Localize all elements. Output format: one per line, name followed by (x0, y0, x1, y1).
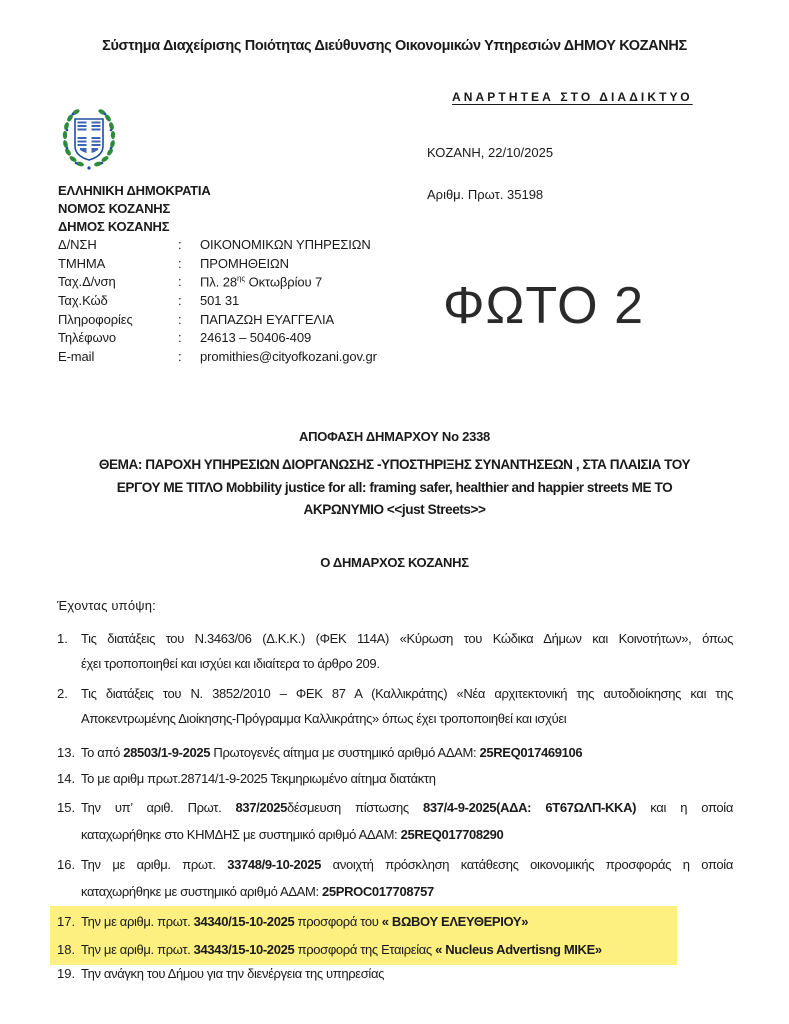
system-title: Σύστημα Διαχείρισης Ποιότητας Διεύθυνσης… (0, 38, 789, 54)
photo-label: ΦΩΤΟ 2 (443, 276, 644, 336)
info-colon: : (178, 237, 182, 252)
list-item-text: Την με αριθμ. πρωτ. 34340/15-10-2025 προ… (81, 914, 528, 929)
list-item-text: καταχωρήθηκε με συστημικό αριθμό ΑΔΑΜ: 2… (81, 884, 434, 899)
list-item-text: Τις διατάξεις του Ν.3463/06 (Δ.Κ.Κ.) (ΦΕ… (81, 631, 733, 646)
info-value: Πλ. 28ης Οκτωβρίου 7 (200, 274, 322, 289)
list-item-text: καταχωρήθηκε στο ΚΗΜΔΗΣ με συστημικό αρι… (81, 827, 503, 842)
list-item-text: Την υπ’ αριθ. Πρωτ. 837/2025δέσμευση πίσ… (81, 800, 733, 815)
info-label: Δ/ΝΣΗ (58, 237, 97, 252)
info-label: Τηλέφωνο (58, 330, 116, 345)
list-item-number: 13. (57, 745, 75, 760)
list-item-text: Την με αριθμ. πρωτ. 33748/9-10-2025 ανοι… (81, 857, 733, 872)
info-label: Ταχ.Δ/νση (58, 274, 116, 289)
info-colon: : (178, 330, 182, 345)
info-value: 24613 – 50406-409 (200, 330, 311, 345)
info-colon: : (178, 349, 182, 364)
considering-intro: Έχοντας υπόψη: (57, 598, 156, 613)
info-label: Ταχ.Κώδ (58, 293, 108, 308)
list-item-number: 18. (57, 942, 75, 957)
protocol-number: Αριθμ. Πρωτ. 35198 (427, 187, 543, 202)
list-item-text: Το με αριθμ πρωτ.28714/1-9-2025 Τεκμηριω… (81, 771, 436, 786)
info-colon: : (178, 312, 182, 327)
issuer-country: ΕΛΛΗΝΙΚΗ ΔΗΜΟΚΡΑΤΙΑ (58, 183, 211, 198)
list-item-number: 19. (57, 966, 75, 981)
list-item-number: 15. (57, 800, 75, 815)
mayor-heading: Ο ΔΗΜΑΡΧΟΣ ΚΟΖΑΝΗΣ (0, 555, 789, 570)
list-item-number: 16. (57, 857, 75, 872)
subject-line: ΑΚΡΩΝΥΜΙΟ <<just Streets>> (0, 502, 789, 517)
issuer-municipality: ΔΗΜΟΣ ΚΟΖΑΝΗΣ (58, 219, 169, 234)
list-item-text: Τις διατάξεις του Ν. 3852/2010 – ΦΕΚ 87 … (81, 686, 733, 701)
subject-line: ΘΕΜΑ: ΠΑΡΟΧΗ ΥΠΗΡΕΣΙΩΝ ΔΙΟΡΓΑΝΩΣΗΣ -ΥΠΟΣ… (0, 457, 789, 472)
list-item-number: 17. (57, 914, 75, 929)
info-label: ΤΜΗΜΑ (58, 256, 105, 271)
info-label: E-mail (58, 349, 94, 364)
list-item-text: Την με αριθμ. πρωτ. 34343/15-10-2025 προ… (81, 942, 602, 957)
info-colon: : (178, 293, 182, 308)
list-item-number: 2. (57, 686, 68, 701)
info-colon: : (178, 274, 182, 289)
list-item-number: 14. (57, 771, 75, 786)
list-item-number: 1. (57, 631, 68, 646)
info-colon: : (178, 256, 182, 271)
decision-title: ΑΠΟΦΑΣΗ ΔΗΜΑΡΧΟΥ Νο 2338 (0, 429, 789, 444)
info-value[interactable]: promithies@cityofkozani.gov.gr (200, 349, 377, 364)
list-item-text: έχει τροποποιηθεί και ισχύει και ιδιαίτε… (81, 656, 380, 671)
issuer-prefecture: ΝΟΜΟΣ ΚΟΖΑΝΗΣ (58, 201, 170, 216)
greek-coat-of-arms-icon (62, 106, 116, 172)
list-item-text: Αποκεντρωμένης Διοίκησης-Πρόγραμμα Καλλι… (81, 711, 566, 726)
subject-line: ΕΡΓΟΥ ΜΕ ΤΙΤΛΟ Mobbility justice for all… (0, 480, 789, 495)
info-value: ΠΡΟΜΗΘΕΙΩΝ (200, 256, 289, 271)
publish-label: ΑΝΑΡΤΗΤΕΑ ΣΤΟ ΔΙΑΔΙΚΤΥΟ (452, 90, 693, 104)
info-value: ΠΑΠΑΖΩΗ ΕΥΑΓΓΕΛΙΑ (200, 312, 334, 327)
list-item-text: Το από 28503/1-9-2025 Πρωτογενές αίτημα … (81, 745, 582, 760)
info-label: Πληροφορίες (58, 312, 133, 327)
place-date: ΚΟΖΑΝΗ, 22/10/2025 (427, 145, 553, 160)
info-value: 501 31 (200, 293, 239, 308)
info-value: ΟΙΚΟΝΟΜΙΚΩΝ ΥΠΗΡΕΣΙΩΝ (200, 237, 371, 252)
list-item-text: Την ανάγκη του Δήμου για την διενέργεια … (81, 966, 384, 981)
